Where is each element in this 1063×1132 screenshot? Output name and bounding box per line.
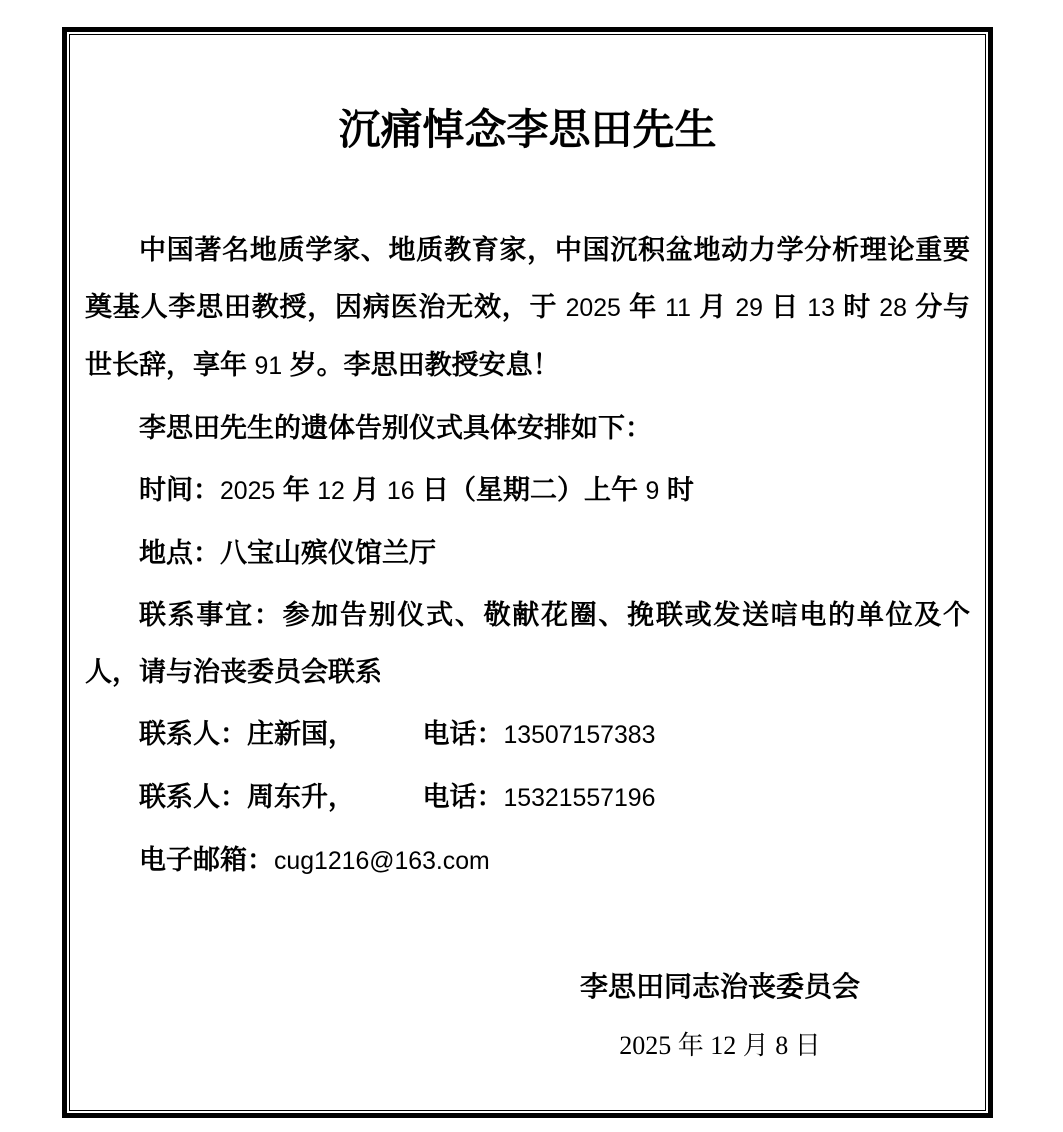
latin-text: 91 (255, 353, 283, 380)
latin-text: 2025 (220, 478, 275, 505)
notice-title: 沉痛悼念李思田先生 (85, 100, 970, 160)
paragraph-ceremony-time: 时间：2025 年 12 月 16 日（星期二）上午 9 时 (85, 462, 970, 520)
latin-text: 11 (665, 295, 691, 322)
latin-text: 16 (387, 478, 415, 505)
signature-date: 2025 年 12 月 8 日 (580, 1015, 860, 1077)
latin-text: cug1216@163.com (274, 848, 490, 875)
paragraph-arrangement-intro: 李思田先生的遗体告别仪式具体安排如下： (85, 400, 970, 457)
paragraph-email: 电子邮箱：cug1216@163.com (85, 832, 970, 890)
paragraph-contact-note: 联系事宜：参加告别仪式、敬献花圈、挽联或发送唁电的单位及个人，请与治丧委员会联系 (85, 587, 970, 701)
signature-committee: 李思田同志治丧委员会 (580, 958, 860, 1015)
latin-text: 12 (317, 478, 345, 505)
latin-text: 13 (807, 295, 835, 322)
latin-text: 28 (879, 295, 907, 322)
latin-text: 29 (735, 295, 763, 322)
latin-text: 9 (646, 478, 660, 505)
latin-text: 13507157383 (504, 722, 656, 749)
document-inner-border: 沉痛悼念李思田先生 中国著名地质学家、地质教育家，中国沉积盆地动力学分析理论重要… (69, 34, 986, 1111)
paragraph-ceremony-location: 地点：八宝山殡仪馆兰厅 (85, 525, 970, 582)
obituary-page: { "page": { "background": "#ffffff", "bo… (0, 0, 1063, 1132)
notice-body: 中国著名地质学家、地质教育家，中国沉积盆地动力学分析理论重要奠基人李思田教授，因… (85, 222, 970, 890)
paragraph-contact-person-1: 联系人：庄新国， 电话：13507157383 (85, 706, 970, 764)
latin-text: 15321557196 (504, 785, 656, 812)
document-outer-border: 沉痛悼念李思田先生 中国著名地质学家、地质教育家，中国沉积盆地动力学分析理论重要… (62, 27, 993, 1118)
paragraph-obituary: 中国著名地质学家、地质教育家，中国沉积盆地动力学分析理论重要奠基人李思田教授，因… (85, 222, 970, 395)
latin-text: 2025 (566, 295, 621, 322)
paragraph-contact-person-2: 联系人：周东升， 电话：15321557196 (85, 769, 970, 827)
signature-block: 李思田同志治丧委员会 2025 年 12 月 8 日 (580, 958, 860, 1077)
